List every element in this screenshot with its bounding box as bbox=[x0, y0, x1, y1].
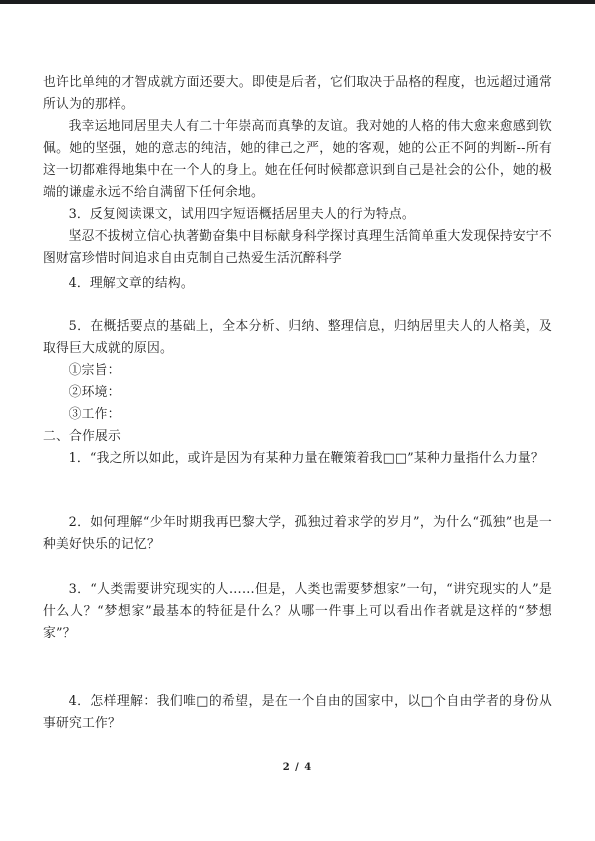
four-char-phrases: 坚忍不拔树立信心执著勤奋集中目标献身科学探讨真理生活简单重大发现保持安宁不图财富… bbox=[43, 226, 552, 270]
section-2-heading: 二、合作展示 bbox=[43, 426, 552, 448]
task-4: 4．理解文章的结构。 bbox=[43, 273, 552, 295]
sub-item-purpose: ①宗旨： bbox=[43, 360, 552, 382]
sub-item-environment: ②环境： bbox=[43, 382, 552, 404]
question-4: 4．怎样理解：我们唯□的希望，是在一个自由的国家中，以□个自由学者的身份从事研究… bbox=[43, 691, 552, 735]
question-2: 2．如何理解“少年时期我再巴黎大学，孤独过着求学的岁月”，为什么“孤独”也是一种… bbox=[43, 512, 552, 556]
question-1: 1．“我之所以如此，或许是因为有某种力量在鞭策着我□□”某种力量指什么力量？ bbox=[43, 448, 552, 470]
paragraph-friendship: 我幸运地同居里夫人有二十年崇高而真挚的友谊。我对她的人格的伟大愈来愈感到钦佩。她… bbox=[43, 116, 552, 204]
task-5: 5．在概括要点的基础上，全本分析、归纳、整理信息，归纳居里夫人的人格美，及取得巨… bbox=[43, 316, 552, 360]
question-3: 3．“人类需要讲究现实的人……但是，人类也需要梦想家”一句，“讲究现实的人”是什… bbox=[43, 579, 552, 645]
paragraph-continuation: 也许比单纯的才智成就方面还要大。即使是后者，它们取决于品格的程度，也远超过通常所… bbox=[43, 72, 552, 116]
window-top-edge bbox=[0, 0, 595, 4]
task-3: 3．反复阅读课文，试用四字短语概括居里夫人的行为特点。 bbox=[43, 204, 552, 226]
sub-item-work: ③工作： bbox=[43, 404, 552, 426]
page-number: 2 / 4 bbox=[0, 760, 595, 775]
document-page: 也许比单纯的才智成就方面还要大。即使是后者，它们取决于品格的程度，也远超过通常所… bbox=[43, 72, 552, 735]
